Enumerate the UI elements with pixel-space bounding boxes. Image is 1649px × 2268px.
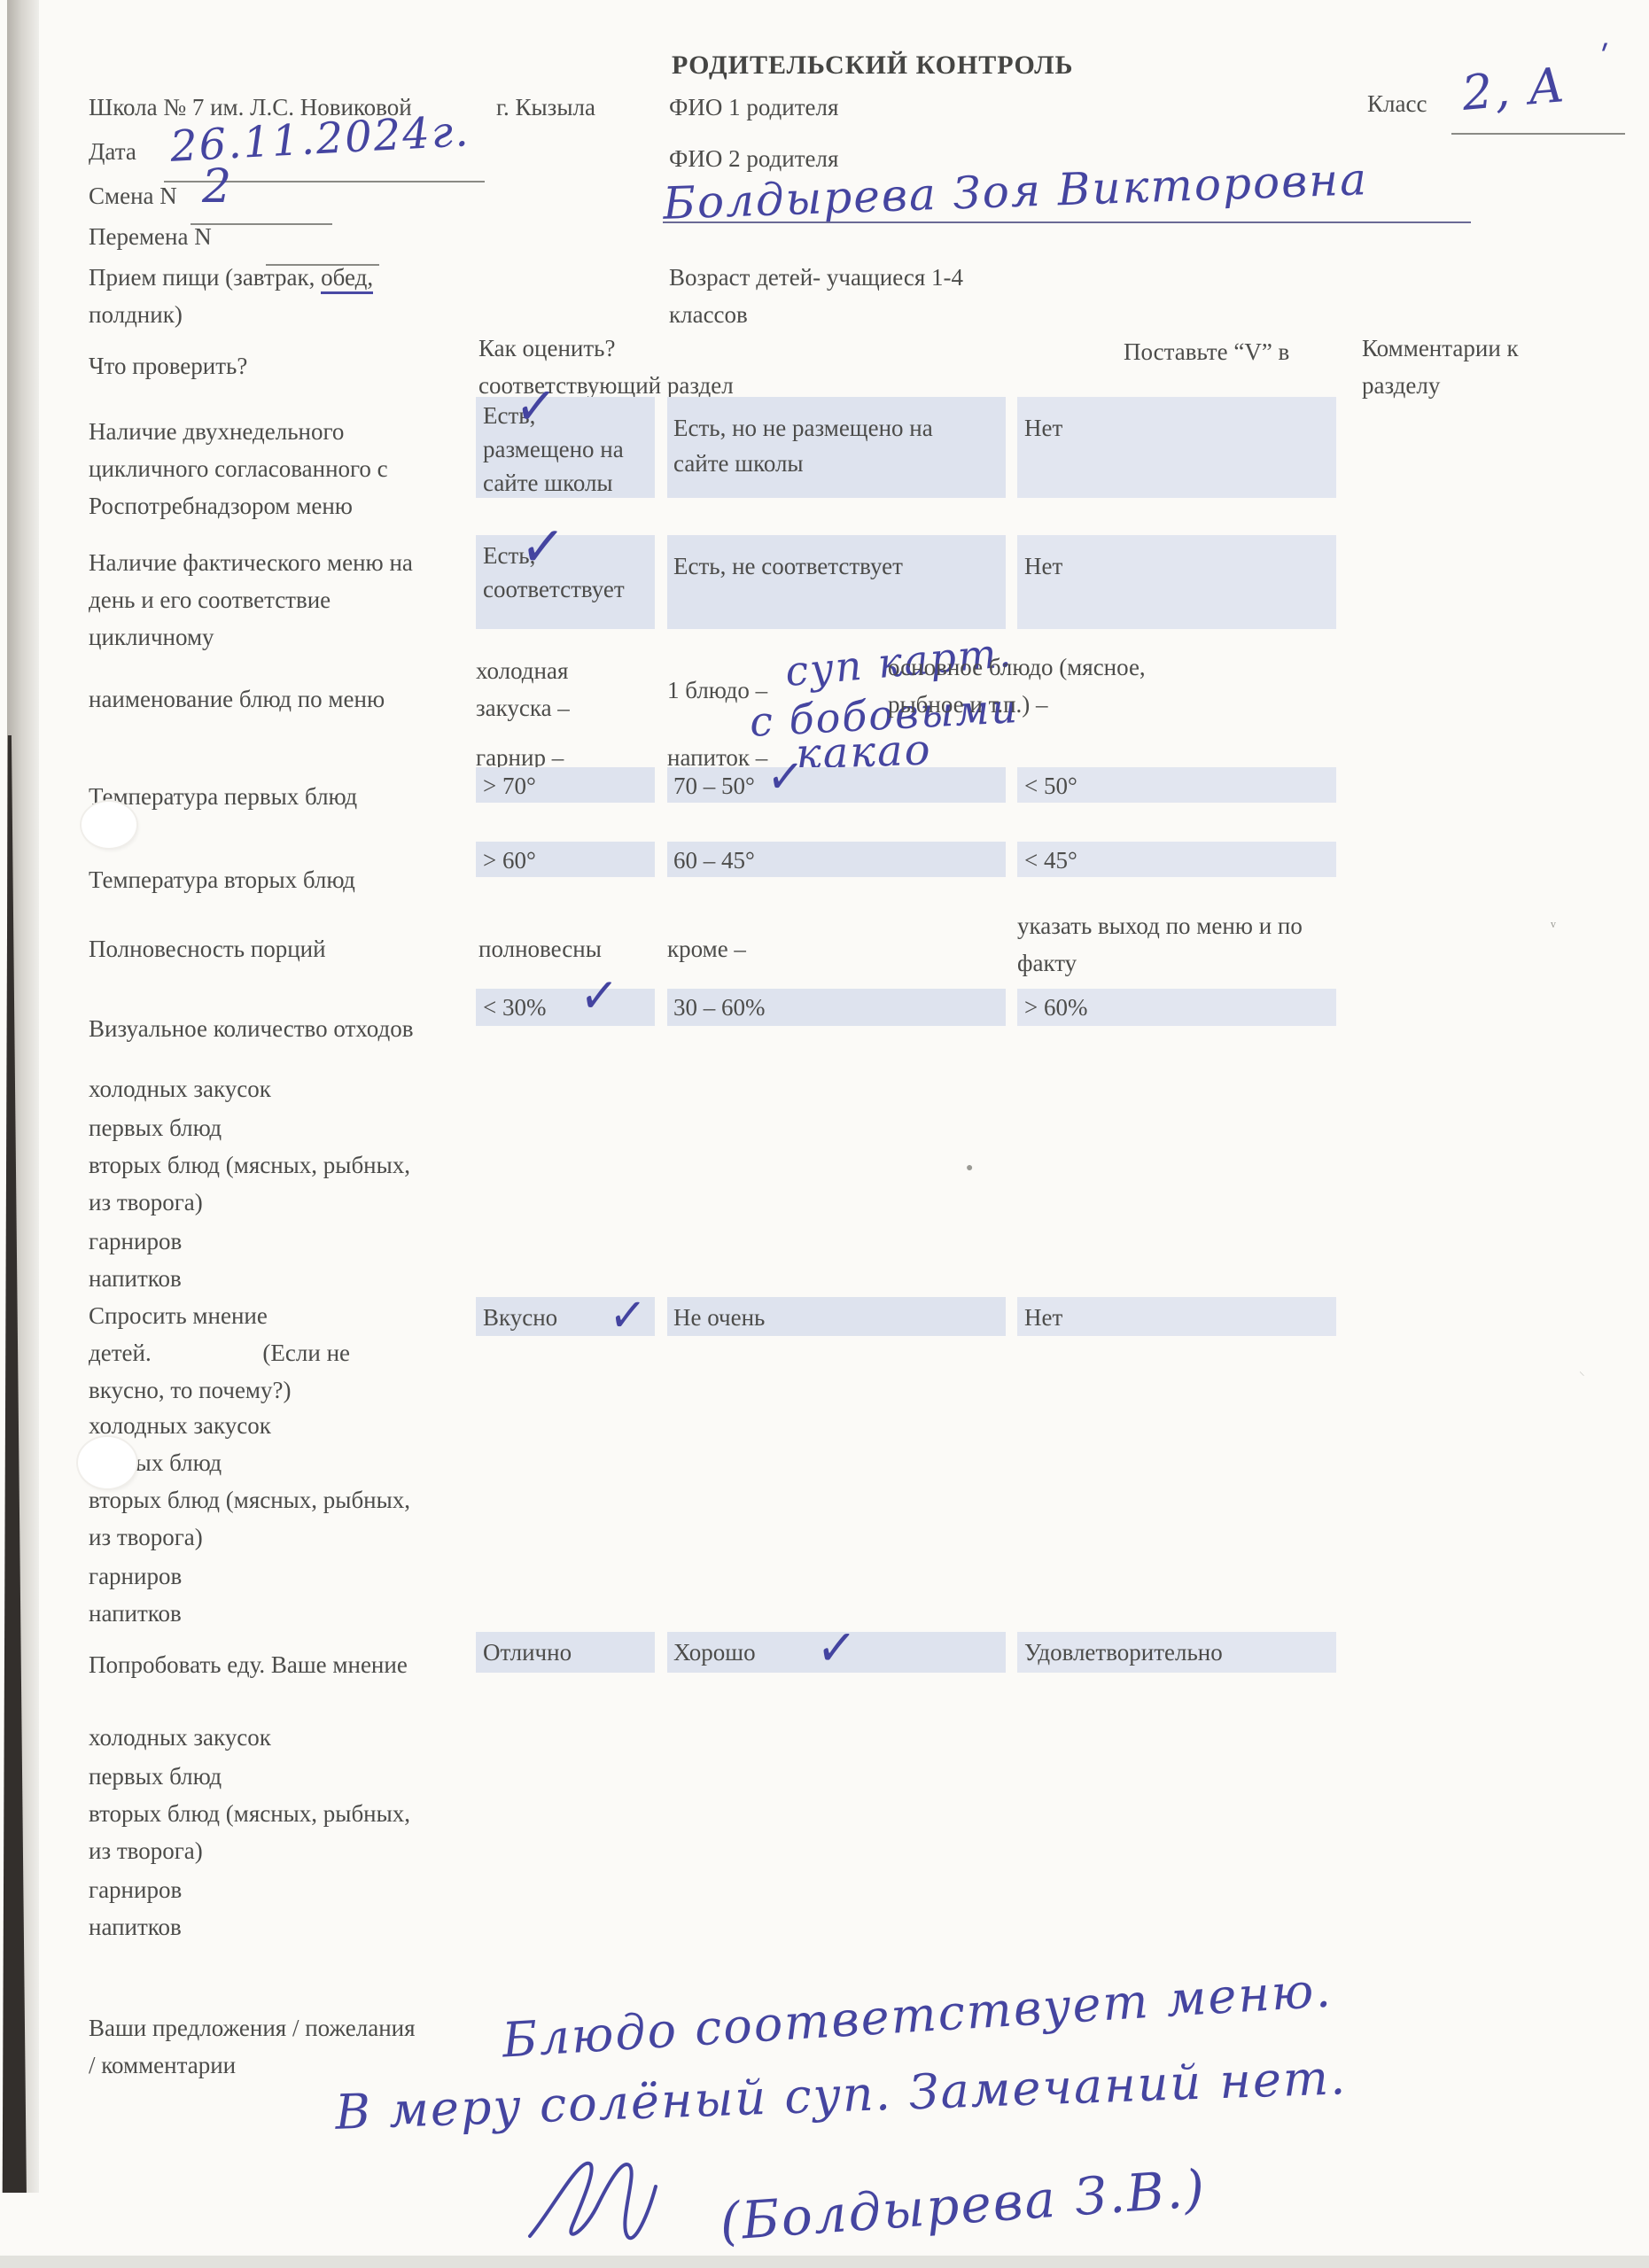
correction-fluid-blob <box>82 802 136 848</box>
row-menu-cycle-label-l1: Наличие двухнедельного <box>89 416 344 447</box>
pen-checkmark: ✓ <box>577 961 620 1031</box>
break-label: Перемена N <box>89 221 212 252</box>
sublist-item: холодных закусок <box>89 1074 271 1105</box>
row-ask-label-l1: Спросить мнение <box>89 1301 268 1332</box>
meal-prefix: Прием пищи (завтрак, <box>89 264 321 291</box>
row-waste-label: Визуальное количество отходов <box>89 1014 414 1045</box>
opt-text: Нет <box>1024 551 1062 582</box>
opt-text: 70 – 50° <box>673 771 755 802</box>
parent-name-underline <box>663 221 1471 223</box>
opt-text: < 45° <box>1024 845 1077 876</box>
signature-name-handwritten: (Болдырева З.В.) <box>718 2155 1209 2256</box>
cell-menu-day-opt3 <box>1017 535 1336 629</box>
pen-checkmark: ✓ <box>606 1282 648 1349</box>
opt-text: Вкусно <box>483 1302 557 1333</box>
column-how-to-rate-line1: Как оценить? <box>478 333 615 364</box>
row-ask-label-l2b: (Если не <box>262 1338 350 1369</box>
column-what-to-check: Что проверить? <box>89 351 247 382</box>
row-menu-day-label-l2: день и его соответствие <box>89 585 331 616</box>
row-ask-label-l3: вкусно, то почему?) <box>89 1375 292 1406</box>
row-taste-label: Попробовать еду. Ваше мнение <box>89 1650 408 1681</box>
scan-speck: ● <box>966 1161 973 1177</box>
opt-text: Отлично <box>483 1637 572 1668</box>
suggestions-label-l2: / комментарии <box>89 2050 236 2081</box>
sublist-item: напитков <box>89 1598 182 1629</box>
cell-ask-opt3 <box>1017 1297 1336 1336</box>
row-menu-cycle-label-l3: Роспотребнадзором меню <box>89 491 353 522</box>
sublist-item: холодных закусок <box>89 1410 271 1441</box>
opt-text: указать выход по меню и по <box>1017 911 1303 942</box>
opt-text: факту <box>1017 948 1077 979</box>
opt-text: полновесны <box>478 934 602 965</box>
sublist-item: холодных закусок <box>89 1722 271 1753</box>
pen-checkmark: ✓ <box>512 369 559 445</box>
sublist-item: из творога) <box>89 1522 203 1553</box>
row-ask-label-l2a: детей. <box>89 1338 152 1369</box>
sublist-item: вторых блюд (мясных, рыбных, <box>89 1485 410 1516</box>
dishes-cold-label: закуска – <box>476 693 570 724</box>
pen-checkmark: ✓ <box>813 1613 859 1686</box>
date-label: Дата <box>89 136 136 167</box>
opt-text: Не очень <box>673 1302 765 1333</box>
row-dishes-label: наименование блюд по меню <box>89 684 385 715</box>
class-blank-line <box>1451 133 1625 135</box>
opt-text: > 60% <box>1024 992 1087 1023</box>
school-city: г. Кызыла <box>496 92 595 123</box>
column-put-v: Поставьте “V” в <box>1124 337 1289 368</box>
opt-text: Удовлетворительно <box>1024 1637 1223 1668</box>
sublist-item: гарниров <box>89 1561 182 1592</box>
row-menu-day-label-l3: цикличному <box>89 622 214 653</box>
class-pen-mark: ʹ <box>1600 39 1611 81</box>
opt-text: Хорошо <box>673 1637 756 1668</box>
correction-fluid-blob <box>78 1437 136 1488</box>
opt-text: 60 – 45° <box>673 845 755 876</box>
row-portions-label: Полновесность порций <box>89 934 326 965</box>
row-ask-label-l2: детей. (Если не <box>89 1338 350 1369</box>
sublist-item: из творога) <box>89 1187 203 1218</box>
sublist-item: первых блюд <box>89 1113 222 1144</box>
cell-menu-cycle-opt3 <box>1017 397 1336 498</box>
opt-text: размещено на <box>483 434 624 465</box>
opt-text: > 70° <box>483 771 536 802</box>
scan-edge-bottom <box>0 2256 1649 2268</box>
suggestions-label-l1: Ваши предложения / пожелания <box>89 2013 416 2044</box>
row-menu-day-label-l1: Наличие фактического меню на <box>89 548 413 579</box>
row-temp-second-label: Температура вторых блюд <box>89 865 355 896</box>
meal-underlined-word: обед, <box>321 264 373 294</box>
sublist-item: вторых блюд (мясных, рыбных, <box>89 1150 410 1181</box>
fio1-label: ФИО 1 родителя <box>669 92 838 123</box>
opt-text: Нет <box>1024 1302 1062 1333</box>
class-label: Класс <box>1367 89 1427 120</box>
meal-line2: полдник) <box>89 299 183 330</box>
opt-text: Есть, но не размещено на <box>673 413 933 444</box>
opt-text: Нет <box>1024 413 1062 444</box>
sublist-item: первых блюд <box>89 1761 222 1792</box>
sublist-item: вторых блюд (мясных, рыбных, <box>89 1798 410 1829</box>
age-note-line1: Возраст детей- учащиеся 1-4 <box>669 262 963 293</box>
comment-handwritten-l2: В меру солёный суп. Замечаний нет. <box>334 2047 1348 2144</box>
pen-checkmark: ✓ <box>764 743 805 811</box>
opt-text: < 50° <box>1024 771 1077 802</box>
column-comments-line1: Комментарии к <box>1362 333 1519 364</box>
sublist-item: напитков <box>89 1912 182 1943</box>
dishes-cold-label: холодная <box>476 656 568 687</box>
opt-text: Есть, не соответствует <box>673 551 903 582</box>
pen-checkmark: ✓ <box>517 507 568 587</box>
sublist-item: из творога) <box>89 1836 203 1867</box>
opt-text: кроме – <box>667 934 746 965</box>
opt-text: < 30% <box>483 992 546 1023</box>
column-comments-line2: разделу <box>1362 370 1440 401</box>
scan-speck: ᵥ <box>1551 909 1556 932</box>
shift-value-handwritten: 2 <box>202 158 233 218</box>
opt-text: 30 – 60% <box>673 992 766 1023</box>
meal-line: Прием пищи (завтрак, обед, <box>89 262 373 293</box>
scan-speck: ⸜ <box>1579 1364 1585 1379</box>
shift-blank-line <box>191 223 332 225</box>
sublist-item: напитков <box>89 1263 182 1294</box>
scanned-form-page: ᵥ ● ⸜ РОДИТЕЛЬСКИЙ КОНТРОЛЬ Школа № 7 им… <box>0 0 1649 2268</box>
opt-text: > 60° <box>483 845 536 876</box>
shift-label: Смена N <box>89 181 177 212</box>
opt-text: сайте школы <box>483 468 613 499</box>
class-value-handwritten: 2, А <box>1459 54 1568 125</box>
dishes-main-label: основное блюдо (мясное, <box>888 652 1146 683</box>
sublist-item: гарниров <box>89 1226 182 1257</box>
opt-text: сайте школы <box>673 448 804 479</box>
age-note-line2: классов <box>669 299 748 330</box>
sublist-item: гарниров <box>89 1875 182 1906</box>
row-menu-cycle-label-l2: цикличного согласованного с <box>89 454 388 485</box>
signature-scribble <box>523 2151 718 2257</box>
form-title: РОДИТЕЛЬСКИЙ КОНТРОЛЬ <box>672 48 1073 82</box>
row-temp-first-label: Температура первых блюд <box>89 781 357 812</box>
dishes-main-label: рыбное и т.п.) – <box>888 689 1048 720</box>
